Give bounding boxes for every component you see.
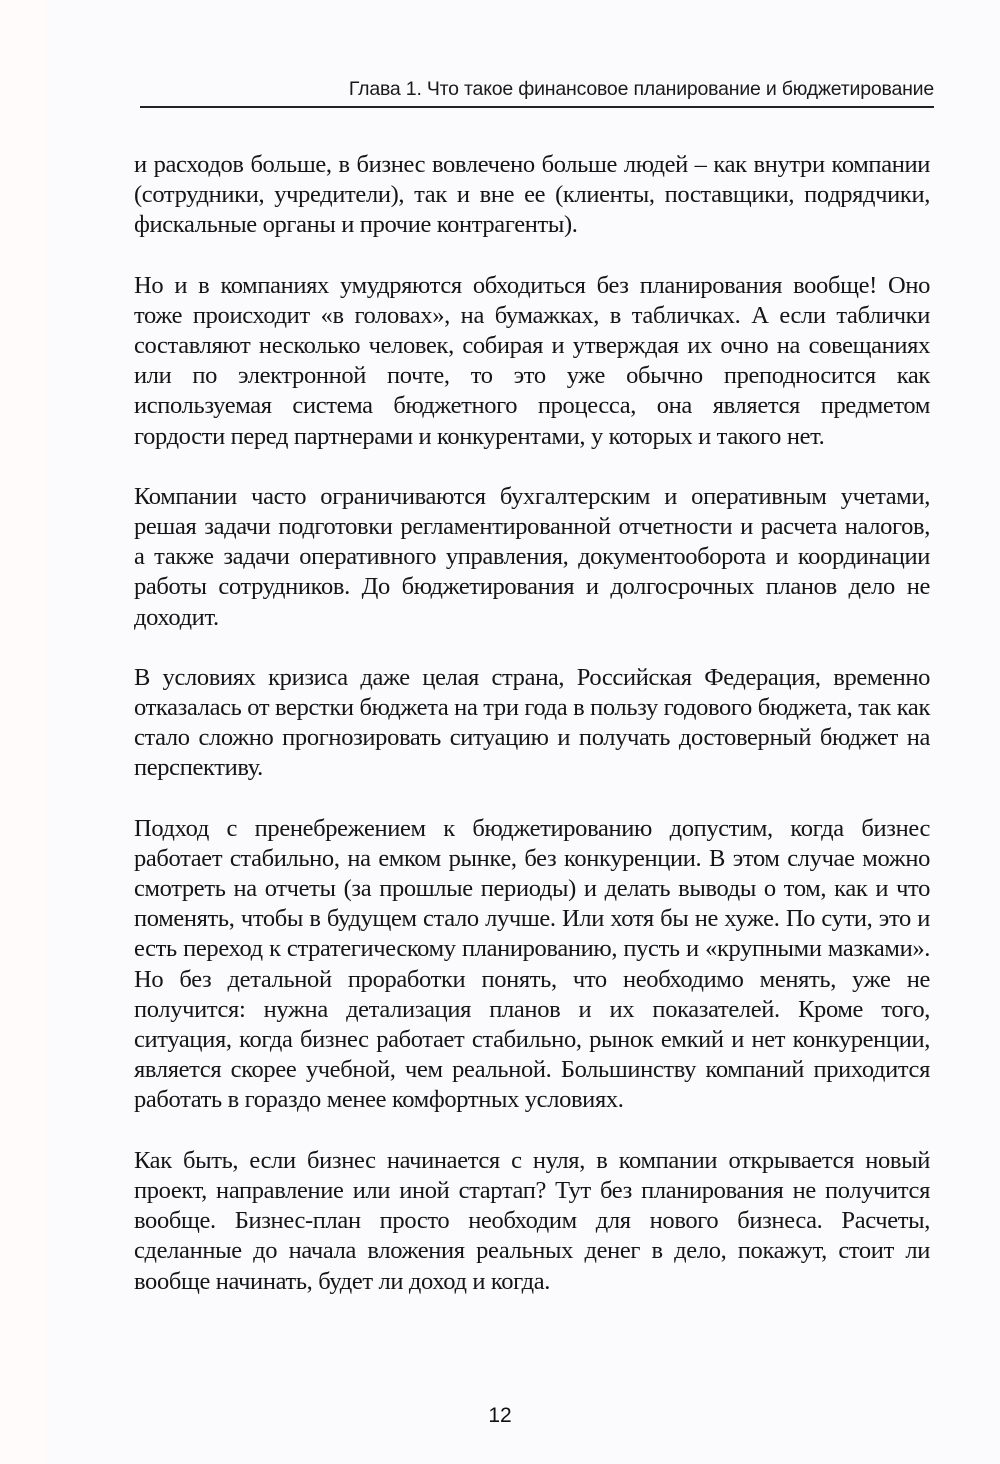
- paragraph: Подход с пренебрежением к бюджетированию…: [134, 814, 930, 1116]
- paragraph: Как быть, если бизнес начинается с нуля,…: [134, 1146, 930, 1297]
- paragraph: Но и в компаниях умудряются обходиться б…: [134, 271, 930, 452]
- scan-margin: [0, 0, 46, 1464]
- paragraph: и расходов больше, в бизнес вовлечено бо…: [134, 150, 930, 241]
- header-divider: [140, 106, 934, 108]
- running-header: Глава 1. Что такое финансовое планирован…: [140, 78, 934, 101]
- page-number: 12: [0, 1404, 1000, 1428]
- paragraph: В условиях кризиса даже целая страна, Ро…: [134, 663, 930, 784]
- body-text: и расходов больше, в бизнес вовлечено бо…: [134, 150, 930, 1297]
- paragraph: Компании часто ограничиваются бухгалтерс…: [134, 482, 930, 633]
